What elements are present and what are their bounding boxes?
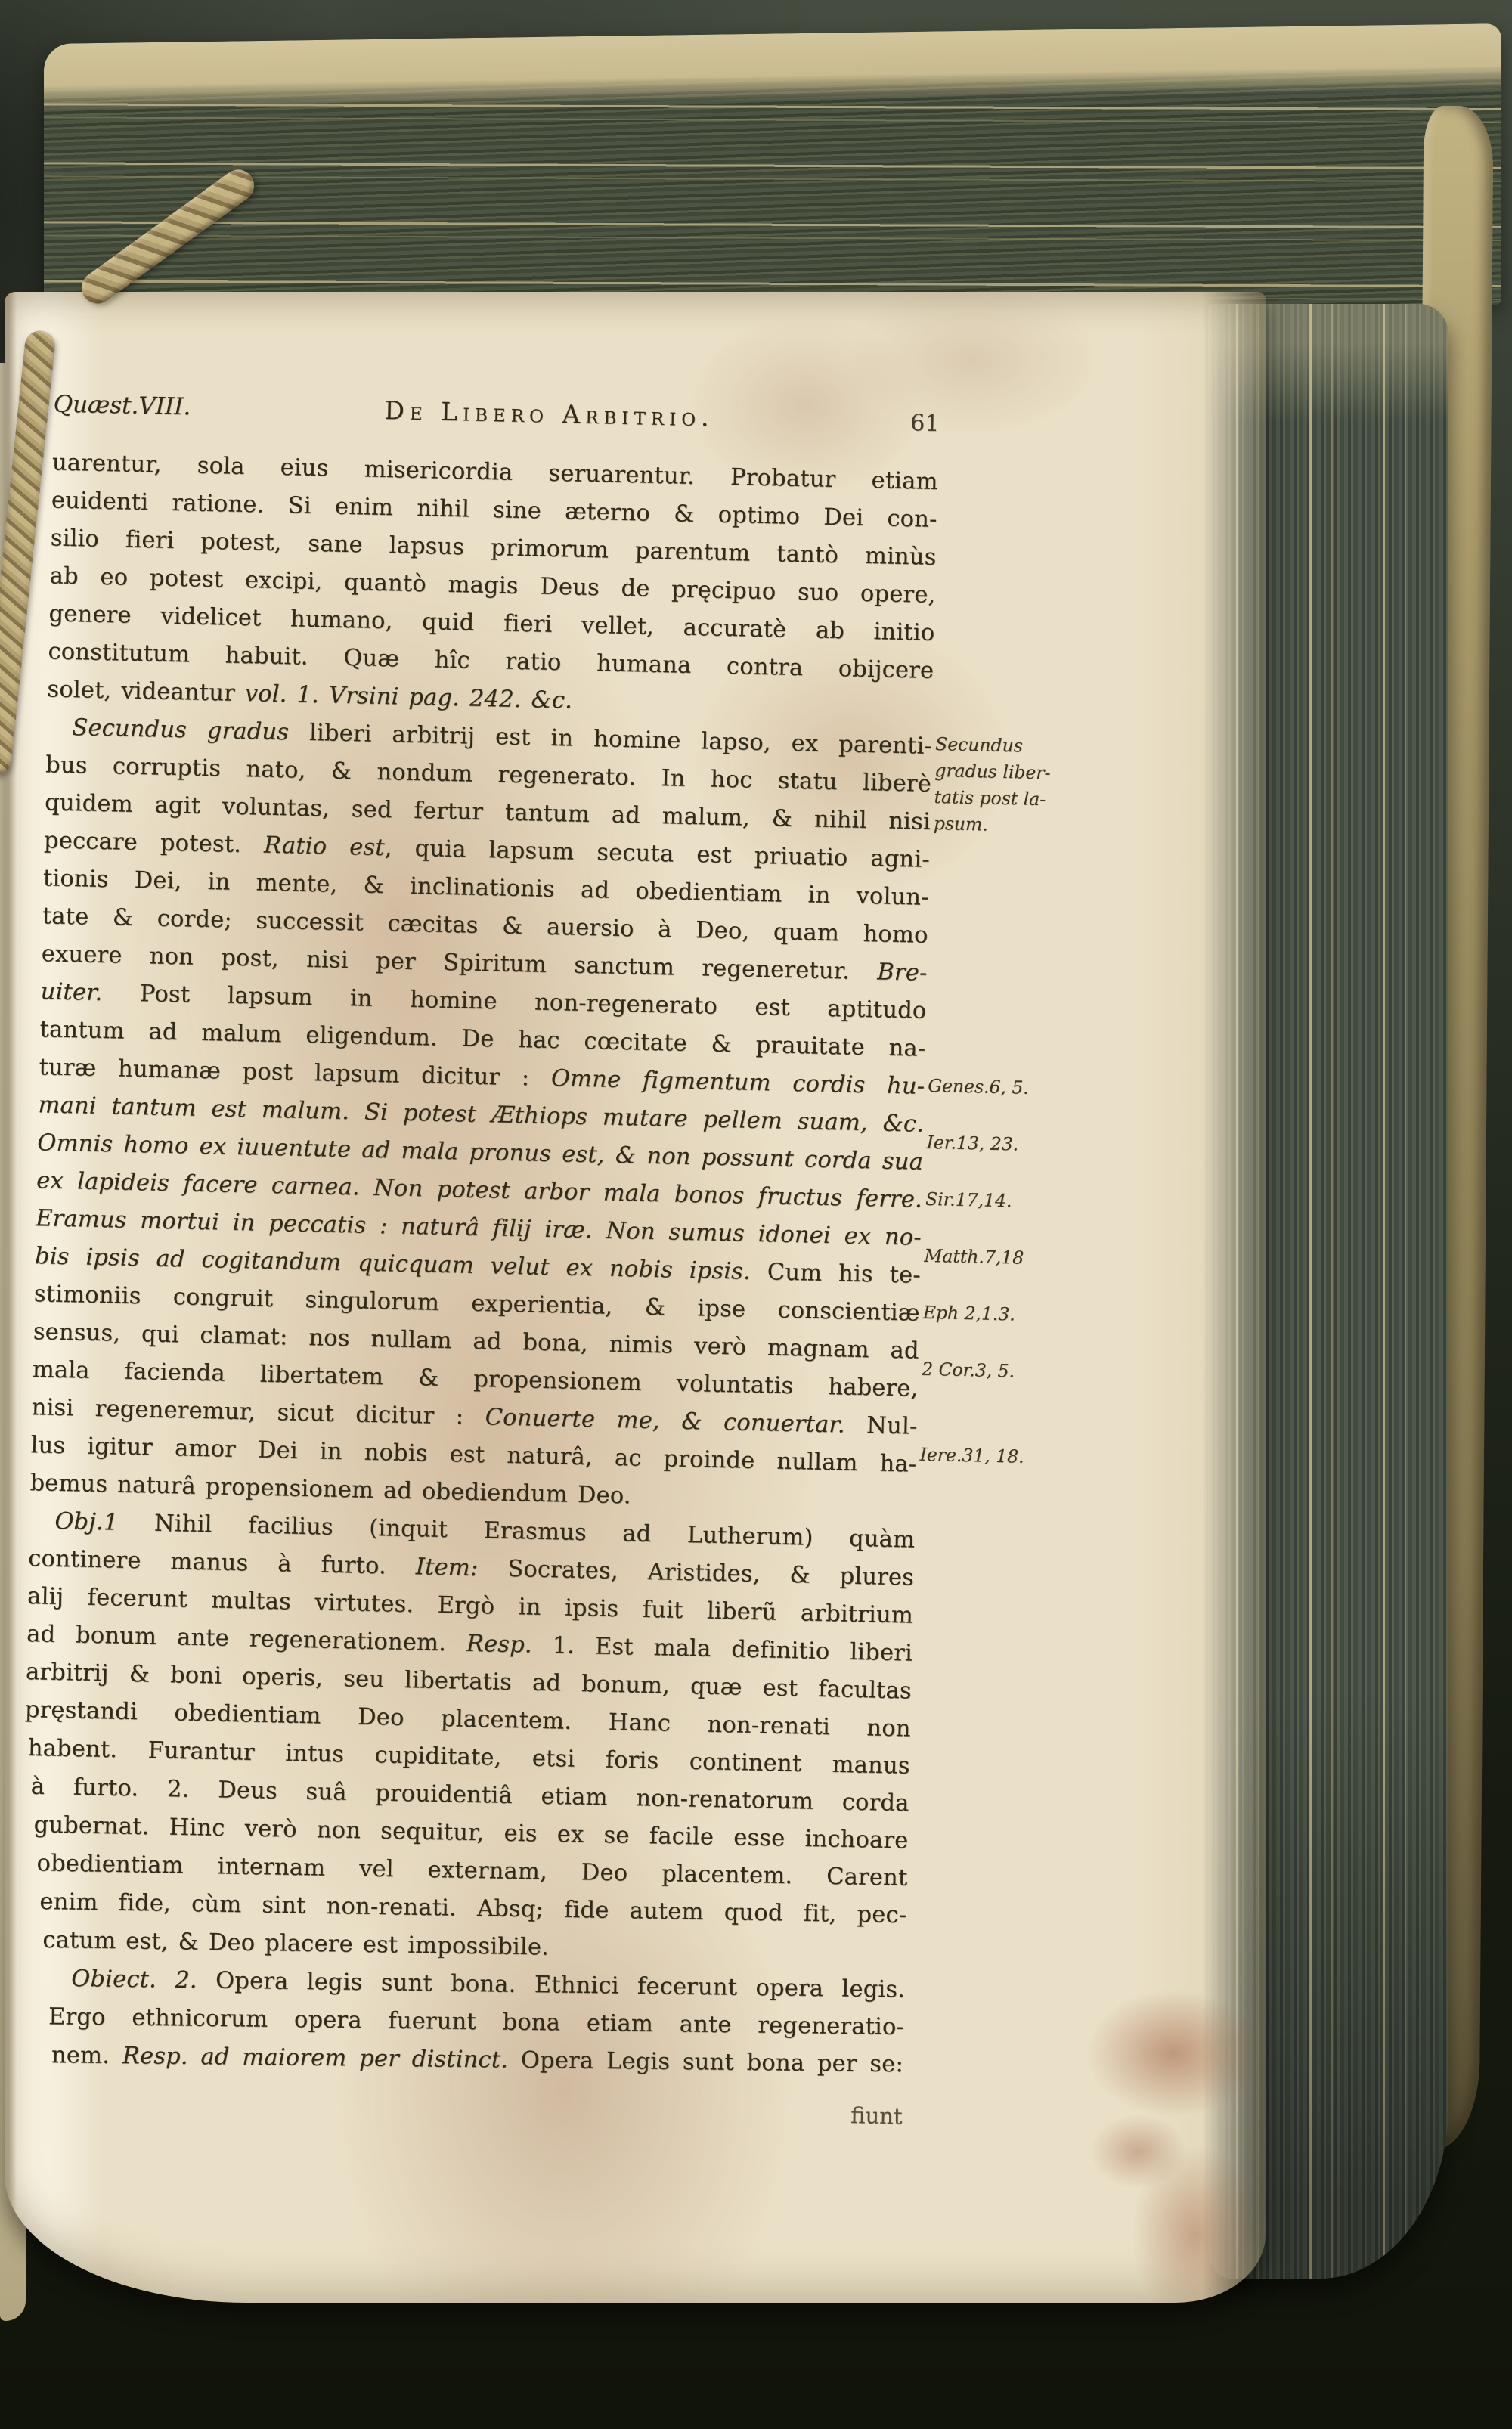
- book-photo: { "header": { "question_label": "Quæst.V…: [0, 0, 1512, 2429]
- text-segment: Opera Legis sunt bona per se:: [508, 2047, 903, 2078]
- question-label: Quæst.VIII.: [53, 390, 243, 421]
- margin-note-line: gradus liber-: [934, 758, 1097, 788]
- italic-text-segment: vol. 1. Vrsini pag. 242. &c.: [244, 680, 572, 714]
- margin-scripture-reference: Sir.17,14.: [925, 1186, 1088, 1216]
- margin-scripture-reference: Iere.31, 18.: [919, 1442, 1082, 1472]
- margin-scripture-reference: Eph 2,1.3.: [922, 1300, 1085, 1330]
- text-segment: solet, videantur: [47, 676, 245, 707]
- text-segment: nem.: [51, 2042, 122, 2069]
- italic-text-segment: Obiect. 2.: [71, 1966, 197, 1994]
- text-segment: 1. Est mala definitio liberi: [531, 1632, 912, 1667]
- text-segment: , quia lapsum secuta est priuatio agni-: [384, 835, 930, 873]
- margin-scripture-reference: Matth.7,18: [924, 1243, 1086, 1273]
- book-top-edge-pages: [44, 23, 1501, 325]
- text-segment: peccare potest.: [44, 827, 265, 858]
- running-title: De Libero Arbitrio.: [242, 392, 857, 435]
- italic-text-segment: Bre-: [877, 959, 928, 986]
- text-segment: catum est, & Deo placere est impossibile…: [42, 1927, 549, 1961]
- text-segment: nisi regeneremur, sicut dicitur :: [31, 1394, 485, 1430]
- margin-note-line: Matth.7,18: [924, 1243, 1086, 1273]
- italic-text-segment: Resp.: [466, 1631, 533, 1659]
- text-segment: Ergo ethnicorum opera fuerunt bona etiam…: [48, 2003, 904, 2040]
- text-segment: Socrates, Aristides, & plures: [478, 1555, 914, 1591]
- margin-note-line: Sir.17,14.: [925, 1186, 1088, 1216]
- catchword: fiunt: [16, 2084, 953, 2130]
- text-segment: ad bonum ante regenerationem.: [26, 1621, 467, 1657]
- text-segment: Opera legis sunt bona. Ethnici fecerunt …: [197, 1967, 906, 2003]
- margin-scripture-reference: Ier.13, 23.: [926, 1129, 1089, 1160]
- text-segment: turæ humanæ post lapsum dicitur :: [39, 1054, 551, 1092]
- text-segment: continere manus à furto.: [28, 1545, 416, 1580]
- page-number: 61: [856, 409, 940, 437]
- margin-note-line: Ier.13, 23.: [926, 1129, 1089, 1160]
- italic-text-segment: Conuerte me, & conuertar.: [485, 1404, 845, 1438]
- margin-note-line: Genes.6, 5.: [928, 1073, 1090, 1103]
- italic-text-segment: uiter.: [40, 978, 103, 1006]
- margin-note-line: 2 Cor.3, 5.: [922, 1356, 1084, 1386]
- margin-scripture-reference: 2 Cor.3, 5.: [922, 1356, 1084, 1386]
- margin-note-line: Secundus: [935, 731, 1098, 761]
- margin-scripture-reference: Genes.6, 5.: [928, 1073, 1090, 1103]
- margin-note-line: tatis post la-: [934, 784, 1096, 814]
- italic-text-segment: Ratio est: [264, 832, 385, 861]
- italic-text-segment: Resp. ad maiorem per distinct.: [122, 2043, 509, 2074]
- running-header: Quæst.VIII. De Libero Arbitrio. 61: [53, 388, 940, 437]
- book-page: Quæst.VIII. De Libero Arbitrio. 61 uaren…: [5, 292, 1266, 2303]
- text-segment: Cum his te-: [751, 1259, 922, 1289]
- margin-note-line: Eph 2,1.3.: [922, 1300, 1085, 1330]
- italic-text-segment: Obj.1: [54, 1508, 119, 1536]
- text-segment: Nul-: [844, 1412, 917, 1440]
- italic-text-segment: Omne figmentum cordis hu-: [551, 1065, 925, 1100]
- body-text: uarentur, sola eius misericordia seruare…: [17, 445, 939, 2090]
- margin-note: Secundusgradus liber-tatis post la-psum.: [933, 731, 1097, 841]
- italic-text-segment: Secundus gradus: [72, 714, 309, 746]
- page-content: Quæst.VIII. De Libero Arbitrio. 61 uaren…: [0, 290, 1269, 2328]
- italic-text-segment: Item:: [416, 1554, 479, 1582]
- margin-note-line: psum.: [933, 810, 1095, 841]
- margin-note-line: Iere.31, 18.: [919, 1442, 1082, 1472]
